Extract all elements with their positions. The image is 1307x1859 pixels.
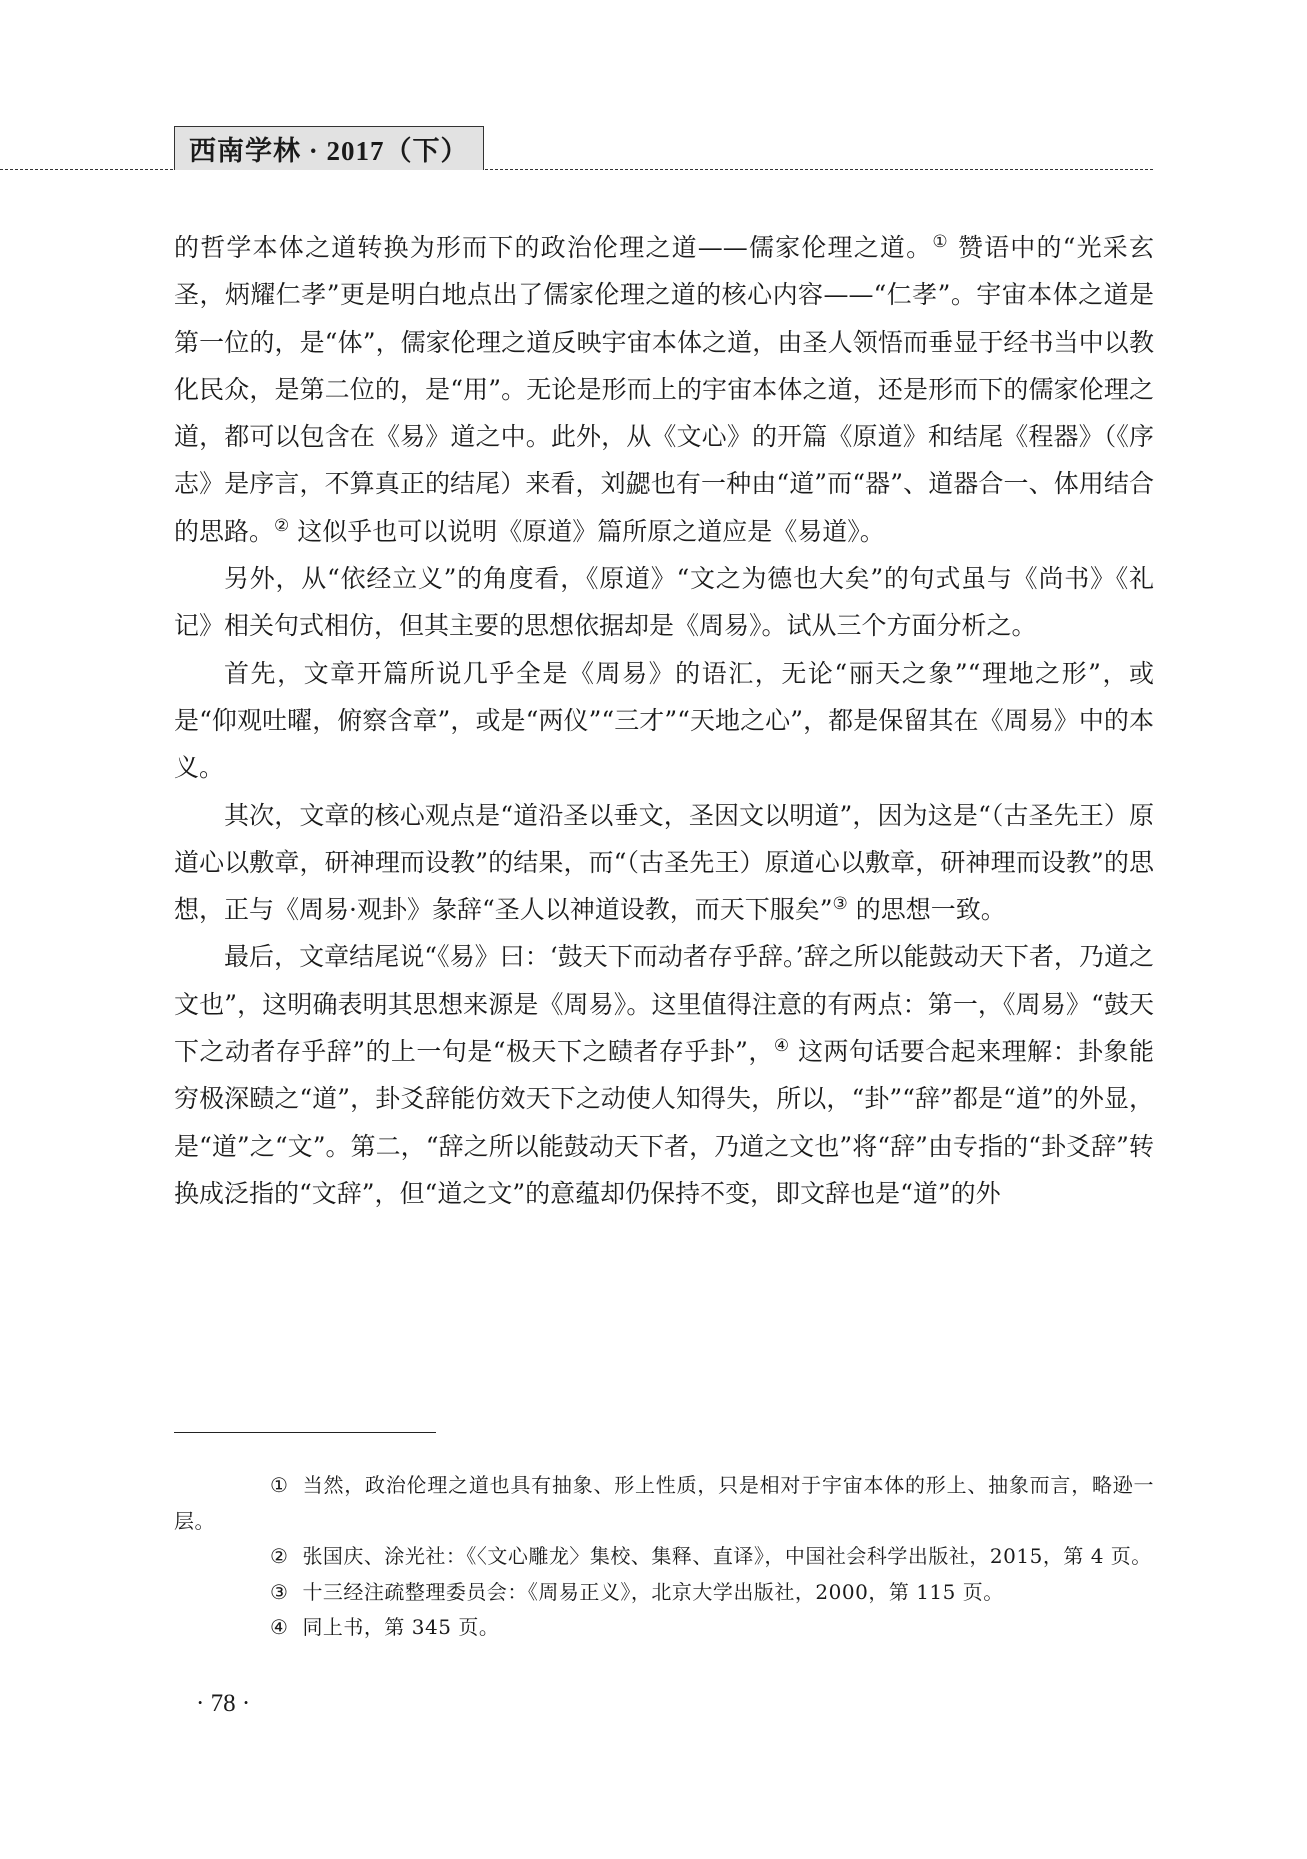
body-text-run: 的思想一致。 bbox=[848, 895, 1006, 924]
footnote-text: 同上书，第 345 页。 bbox=[302, 1615, 499, 1639]
body-text-run: 这似乎也可以说明《原道》篇所原之道应是《易道》。 bbox=[289, 517, 884, 546]
body-paragraph: 的哲学本体之道转换为形而下的政治伦理之道——儒家伦理之道。① 赞语中的“光采玄圣… bbox=[174, 224, 1154, 555]
footnote: ①当然，政治伦理之道也具有抽象、形上性质，只是相对于宇宙本体的形上、抽象而言，略… bbox=[174, 1468, 1154, 1539]
journal-title: 西南学林 · 2017（下） bbox=[189, 129, 469, 168]
footnote-reference[interactable]: ④ bbox=[774, 1036, 790, 1056]
body-paragraph: 最后，文章结尾说“《易》曰：‘鼓天下而动者存乎辞。’辞之所以能鼓动天下者，乃道之… bbox=[174, 933, 1154, 1217]
footnote-text: 当然，政治伦理之道也具有抽象、形上性质，只是相对于宇宙本体的形上、抽象而言，略逊… bbox=[174, 1473, 1154, 1533]
body-text-run: 其次，文章的核心观点是“道沿圣以垂文，圣因文以明道”，因为这是“（古圣先王）原道… bbox=[174, 801, 1154, 925]
footnotes: ①当然，政治伦理之道也具有抽象、形上性质，只是相对于宇宙本体的形上、抽象而言，略… bbox=[174, 1468, 1154, 1646]
body-paragraph: 首先，文章开篇所说几乎全是《周易》的语汇，无论“丽天之象”“理地之形”，或是“仰… bbox=[174, 650, 1154, 792]
footnote-rule bbox=[174, 1432, 436, 1433]
footnote-reference[interactable]: ② bbox=[274, 516, 289, 536]
footnote-number: ③ bbox=[222, 1575, 288, 1611]
footnote-number: ④ bbox=[222, 1610, 288, 1646]
footnote-text: 十三经注疏整理委员会：《周易正义》，北京大学出版社，2000，第 115 页。 bbox=[302, 1580, 1003, 1604]
body-paragraph: 另外，从“依经立义”的角度看，《原道》“文之为德也大矣”的句式虽与《尚书》《礼记… bbox=[174, 555, 1154, 650]
body-text: 的哲学本体之道转换为形而下的政治伦理之道——儒家伦理之道。① 赞语中的“光采玄圣… bbox=[174, 224, 1154, 1217]
footnote-number: ① bbox=[222, 1468, 288, 1504]
footnote-reference[interactable]: ③ bbox=[833, 894, 848, 914]
body-paragraph: 其次，文章的核心观点是“道沿圣以垂文，圣因文以明道”，因为这是“（古圣先王）原道… bbox=[174, 792, 1154, 934]
header-dashed-rule bbox=[0, 169, 1153, 170]
body-text-run: 首先，文章开篇所说几乎全是《周易》的语汇，无论“丽天之象”“理地之形”，或是“仰… bbox=[174, 659, 1154, 783]
footnote-number: ② bbox=[222, 1539, 288, 1575]
footnote: ③十三经注疏整理委员会：《周易正义》，北京大学出版社，2000，第 115 页。 bbox=[174, 1575, 1154, 1611]
footnote-reference[interactable]: ① bbox=[932, 232, 948, 252]
body-text-run: 的哲学本体之道转换为形而下的政治伦理之道——儒家伦理之道。 bbox=[174, 233, 932, 262]
running-head: 西南学林 · 2017（下） bbox=[174, 126, 484, 170]
footnote: ④同上书，第 345 页。 bbox=[174, 1610, 1154, 1646]
body-text-run: 另外，从“依经立义”的角度看，《原道》“文之为德也大矣”的句式虽与《尚书》《礼记… bbox=[174, 564, 1154, 640]
footnote: ②张国庆、涂光社：《〈文心雕龙〉集校、集释、直译》，中国社会科学出版社，2015… bbox=[174, 1539, 1154, 1575]
footnote-text: 张国庆、涂光社：《〈文心雕龙〉集校、集释、直译》，中国社会科学出版社，2015，… bbox=[302, 1544, 1151, 1568]
page-number: · 78 · bbox=[196, 1690, 250, 1718]
body-text-run: 赞语中的“光采玄圣，炳耀仁孝”更是明白地点出了儒家伦理之道的核心内容——“仁孝”… bbox=[174, 233, 1154, 546]
